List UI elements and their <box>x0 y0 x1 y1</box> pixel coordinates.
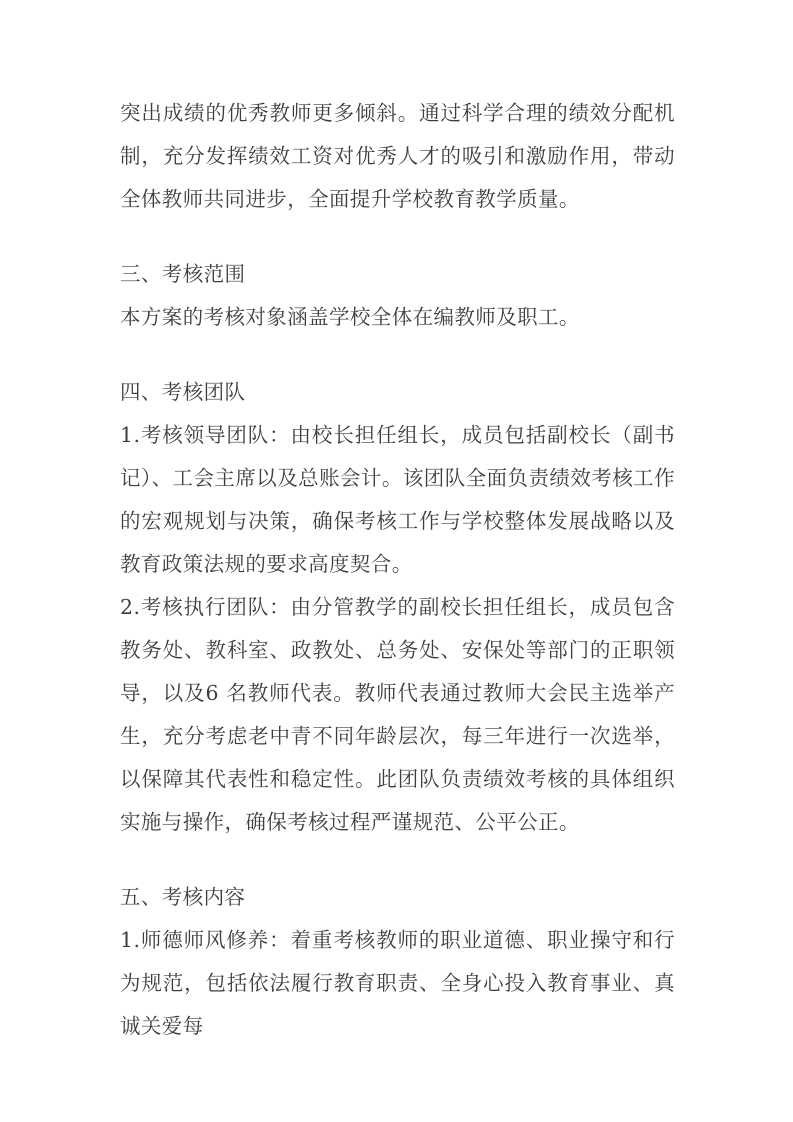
section-heading: 三、考核范围 <box>120 253 675 296</box>
paragraph: 2.考核执行团队：由分管教学的副校长担任组长，成员包含教务处、教科室、政教处、总… <box>120 586 675 844</box>
paragraph: 1.师德师风修养：着重考核教师的职业道德、职业操守和行为规范，包括依法履行教育职… <box>120 919 675 1048</box>
section-assessment-team: 四、考核团队 1.考核领导团队：由校长担任组长，成员包括副校长（副书记）、工会主… <box>120 371 675 844</box>
section-heading: 五、考核内容 <box>120 876 675 919</box>
paragraph: 本方案的考核对象涵盖学校全体在编教师及职工。 <box>120 296 675 339</box>
paragraph: 1.考核领导团队：由校长担任组长，成员包括副校长（副书记）、工会主席以及总账会计… <box>120 414 675 586</box>
document-page: 突出成绩的优秀教师更多倾斜。通过科学合理的绩效分配机制，充分发挥绩效工资对优秀人… <box>0 0 793 1122</box>
section-assessment-scope: 三、考核范围 本方案的考核对象涵盖学校全体在编教师及职工。 <box>120 253 675 339</box>
paragraph-continuation: 突出成绩的优秀教师更多倾斜。通过科学合理的绩效分配机制，充分发挥绩效工资对优秀人… <box>120 92 675 221</box>
section-assessment-content: 五、考核内容 1.师德师风修养：着重考核教师的职业道德、职业操守和行为规范，包括… <box>120 876 675 1048</box>
section-heading: 四、考核团队 <box>120 371 675 414</box>
